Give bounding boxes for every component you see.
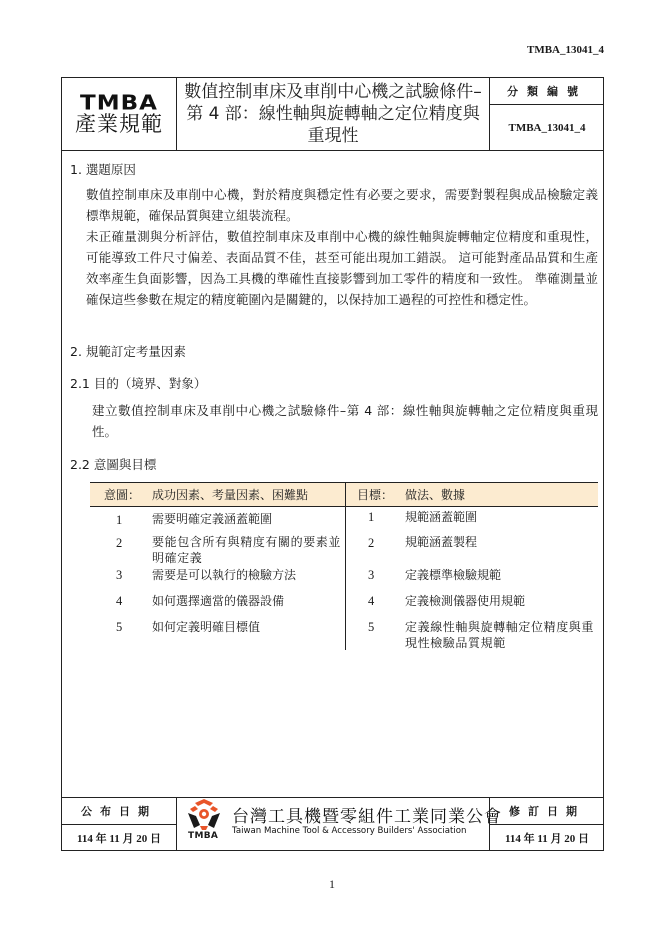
section-1-heading: 1. 選題原因 bbox=[70, 160, 136, 178]
intent-header-desc: 成功因素、考量因素、困難點 bbox=[152, 487, 308, 503]
section-2-heading: 2. 規範訂定考量因素 bbox=[70, 342, 186, 360]
intent-number: 4 bbox=[116, 593, 122, 609]
category-label: 分類編號 bbox=[490, 78, 604, 104]
intent-text: 需要明確定義涵蓋範圍 bbox=[152, 511, 338, 527]
intent-table-divider bbox=[345, 482, 346, 650]
goal-number: 2 bbox=[368, 535, 374, 551]
intent-text: 如何定義明確目標值 bbox=[152, 619, 338, 635]
intent-text: 要能包含所有與精度有關的要素並明確定義 bbox=[152, 534, 342, 566]
intent-text: 需要是可以執行的檢驗方法 bbox=[152, 567, 338, 583]
goal-number: 4 bbox=[368, 593, 374, 609]
category-code: TMBA_13041_4 bbox=[490, 105, 604, 150]
intent-number: 2 bbox=[116, 535, 122, 551]
goal-number: 3 bbox=[368, 567, 374, 583]
intent-number: 5 bbox=[116, 619, 122, 635]
association-logo-text: TMBA bbox=[188, 831, 218, 841]
goal-text: 定義標準檢驗規範 bbox=[405, 567, 595, 583]
intent-text: 如何選擇適當的儀器設備 bbox=[152, 593, 338, 609]
intent-number: 1 bbox=[116, 512, 122, 528]
header-bottom-border bbox=[61, 150, 604, 151]
goal-header-desc: 做法、數據 bbox=[405, 487, 465, 503]
goal-text: 規範涵蓋範圍 bbox=[405, 509, 595, 525]
section-1-paragraph-2: 未正確量測與分析評估，數值控制車床及車削中心機的線性軸與旋轉軸定位精度和重現性，… bbox=[86, 226, 598, 310]
goal-text: 定義線性軸與旋轉軸定位精度與重現性檢驗品質規範 bbox=[405, 619, 597, 651]
intent-table-header: 意圖： 成功因素、考量因素、困難點 目標： 做法、數據 bbox=[90, 482, 598, 507]
association-name-zh: 台灣工具機暨零組件工業同業公會 bbox=[232, 802, 502, 827]
tmba-association-logo: TMBA bbox=[186, 799, 226, 847]
goal-text: 定義檢測儀器使用規範 bbox=[405, 593, 595, 609]
section-2-1-heading: 2.1 目的（境界、對象） bbox=[70, 374, 206, 392]
footer-divider-left bbox=[176, 797, 177, 851]
document-title: 數值控制車床及車削中心機之試驗條件–第 4 部：線性軸與旋轉軸之定位精度與重現性 bbox=[177, 78, 489, 150]
tmba-standard-logo: TMBA 產業規範 bbox=[62, 78, 176, 150]
section-2-2-heading: 2.2 意圖與目標 bbox=[70, 455, 156, 473]
document-code-top: TMBA_13041_4 bbox=[527, 44, 604, 56]
logo-zh-text: 產業規範 bbox=[75, 113, 163, 135]
intent-header-label: 意圖： bbox=[104, 487, 140, 503]
goal-text: 規範涵蓋製程 bbox=[405, 534, 595, 550]
revise-date-value: 114 年 11 月 20 日 bbox=[490, 825, 604, 851]
section-1-paragraph-1: 數值控制車床及車削中心機，對於精度與穩定性有必要之要求，需要對製程與成品檢驗定義… bbox=[86, 184, 598, 226]
tmba-emblem-icon bbox=[186, 799, 222, 831]
publish-date-label: 公布日期 bbox=[62, 798, 176, 824]
page-number: 1 bbox=[329, 877, 335, 892]
revise-date-label: 修訂日期 bbox=[490, 798, 604, 824]
publish-date-value: 114 年 11 月 20 日 bbox=[62, 825, 176, 851]
intent-number: 3 bbox=[116, 567, 122, 583]
logo-en-text: TMBA bbox=[80, 94, 158, 112]
goal-number: 1 bbox=[368, 509, 374, 525]
document-title-text: 數值控制車床及車削中心機之試驗條件–第 4 部：線性軸與旋轉軸之定位精度與重現性 bbox=[181, 81, 485, 147]
goal-header-label: 目標： bbox=[357, 487, 393, 503]
goal-number: 5 bbox=[368, 619, 374, 635]
association-name-en: Taiwan Machine Tool & Accessory Builders… bbox=[232, 826, 466, 836]
section-2-1-paragraph: 建立數值控制車床及車削中心機之試驗條件–第 4 部：線性軸與旋轉軸之定位精度與重… bbox=[92, 400, 598, 442]
